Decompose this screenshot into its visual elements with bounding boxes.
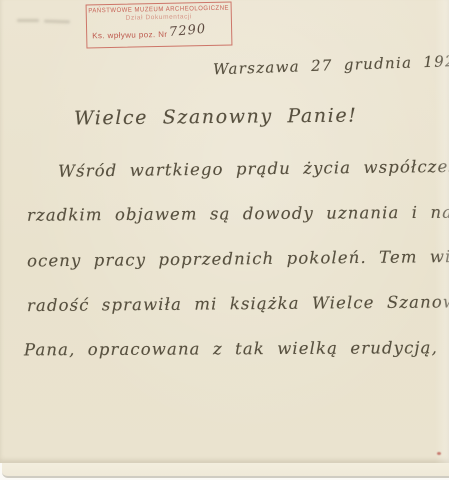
paper-bottom-edge	[2, 463, 449, 478]
handwritten-body-line: oceny pracy poprzednich pokoleń. Tem wię…	[27, 247, 449, 271]
faint-pencil-mark	[17, 19, 39, 22]
stamp-entry-label: Ks. wpływu poz. Nr	[92, 30, 167, 41]
scanned-letter: PAŃSTWOWE MUZEUM ARCHEOLOGICZNE Dział Do…	[0, 0, 449, 480]
red-ink-speck	[437, 452, 441, 455]
faint-pencil-mark	[44, 20, 70, 24]
letter-paper: PAŃSTWOWE MUZEUM ARCHEOLOGICZNE Dział Do…	[0, 0, 449, 463]
museum-accession-stamp: PAŃSTWOWE MUZEUM ARCHEOLOGICZNE Dział Do…	[86, 1, 233, 48]
handwritten-salutation: Wielce Szanowny Panie!	[74, 105, 358, 130]
handwritten-body-line: Wśród wartkiego prądu życia współczesneg…	[58, 156, 449, 180]
handwritten-dateline: Warszawa 27 grudnia 1927	[213, 52, 449, 79]
handwritten-body-line: radość sprawiła mi książka Wielce Szanow…	[27, 292, 449, 315]
handwritten-body-line: rzadkim objawem są dowody uznania i nale…	[27, 202, 449, 224]
stamp-entry-number-handwritten: 7290	[169, 22, 207, 40]
stamp-entry-line: Ks. wpływu poz. Nr7290	[87, 24, 231, 42]
handwritten-body-line: Pana, opracowana z tak wielką erudycją, …	[24, 338, 449, 360]
